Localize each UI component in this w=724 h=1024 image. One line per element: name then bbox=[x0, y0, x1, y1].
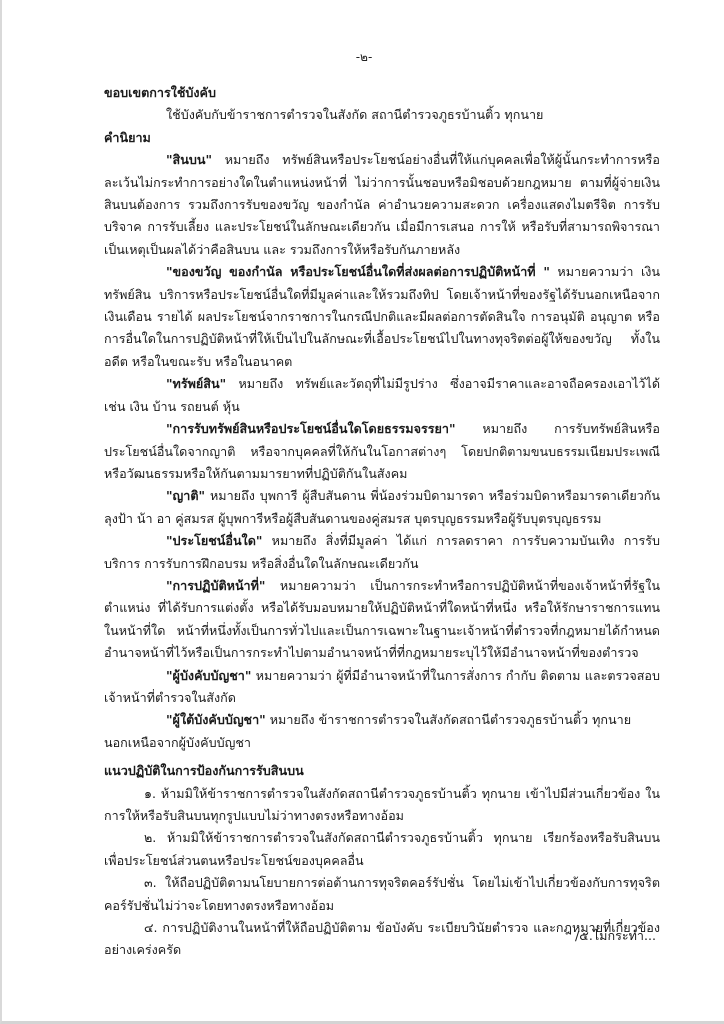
definition-duty: "การปฏิบัติหน้าที่" หมายความว่า เป็นการก… bbox=[104, 575, 660, 665]
definition-subordinate: "ผู้ใต้บังคับบัญชา" หมายถึง ข้าราชการตำร… bbox=[104, 709, 660, 731]
definition-text: หมายความว่า เงิน ทรัพย์สิน บริการหรือประ… bbox=[104, 264, 660, 369]
definition-relative: "ญาติ" หมายถึง บุพการี ผู้สืบสันดาน พี่น… bbox=[104, 485, 660, 530]
definition-term: "ประโยชน์อื่นใด" bbox=[166, 533, 262, 548]
definition-gift: "ของขวัญ ของกำนัล หรือประโยชน์อื่นใดที่ส… bbox=[104, 261, 660, 373]
definition-term: "สินบน" bbox=[166, 152, 212, 167]
definitions-heading: คำนิยาม bbox=[104, 127, 660, 149]
definition-property: "ทรัพย์สิน" หมายถึง ทรัพย์และวัตถุที่ไม่… bbox=[104, 373, 660, 418]
scope-section: ขอบเขตการใช้บังคับ ใช้บังคับกับข้าราชการ… bbox=[104, 82, 660, 127]
guideline-item: ๓. ให้ถือปฏิบัติตามนโยบายการต่อต้านการทุ… bbox=[104, 872, 660, 917]
definition-text: หมายถึง ทรัพย์สินหรือประโยชน์อย่างอื่นที… bbox=[104, 152, 660, 257]
definition-term: "ผู้บังคับบัญชา" bbox=[166, 668, 251, 683]
definition-text: หมายถึง ข้าราชการตำรวจในสังกัดสถานีตำรวจ… bbox=[266, 712, 631, 727]
guideline-item: ๒. ห้ามมิให้ข้าราชการตำรวจในสังกัดสถานีต… bbox=[104, 827, 660, 872]
definition-term: "ของขวัญ ของกำนัล หรือประโยชน์อื่นใดที่ส… bbox=[166, 264, 550, 279]
guidelines-heading: แนวปฏิบัติในการป้องกันการรับสินบน bbox=[104, 760, 660, 782]
definition-term: "การปฏิบัติหน้าที่" bbox=[166, 578, 266, 593]
continued-on-next-page: /๕.ไม่กระทำ... bbox=[575, 926, 656, 946]
definition-subordinate-continuation: นอกเหนือจากผู้บังคับบัญชา bbox=[104, 732, 660, 754]
definitions-section: คำนิยาม "สินบน" หมายถึง ทรัพย์สินหรือประ… bbox=[104, 127, 660, 754]
document-page: -๒- ขอบเขตการใช้บังคับ ใช้บังคับกับข้ารา… bbox=[0, 0, 724, 1024]
scope-text: ใช้บังคับกับข้าราชการตำรวจในสังกัด สถานี… bbox=[104, 104, 660, 126]
guideline-item: ๑. ห้ามมิให้ข้าราชการตำรวจในสังกัดสถานีต… bbox=[104, 783, 660, 828]
definition-term: "การรับทรัพย์สินหรือประโยชน์อื่นใดโดยธรร… bbox=[166, 421, 456, 436]
definition-term: "ญาติ" bbox=[166, 488, 205, 503]
scope-heading: ขอบเขตการใช้บังคับ bbox=[104, 82, 660, 104]
definition-commander: "ผู้บังคับบัญชา" หมายความว่า ผู้ที่มีอำน… bbox=[104, 665, 660, 710]
document-body: ขอบเขตการใช้บังคับ ใช้บังคับกับข้าราชการ… bbox=[104, 82, 660, 962]
definition-term: "ทรัพย์สิน" bbox=[166, 376, 226, 391]
definition-other-benefit: "ประโยชน์อื่นใด" หมายถึง สิ่งที่มีมูลค่า… bbox=[104, 530, 660, 575]
definition-ethical-receipt: "การรับทรัพย์สินหรือประโยชน์อื่นใดโดยธรร… bbox=[104, 418, 660, 485]
definition-term: "ผู้ใต้บังคับบัญชา" bbox=[166, 712, 266, 727]
page-number: -๒- bbox=[2, 49, 724, 65]
definition-bribe: "สินบน" หมายถึง ทรัพย์สินหรือประโยชน์อย่… bbox=[104, 149, 660, 261]
